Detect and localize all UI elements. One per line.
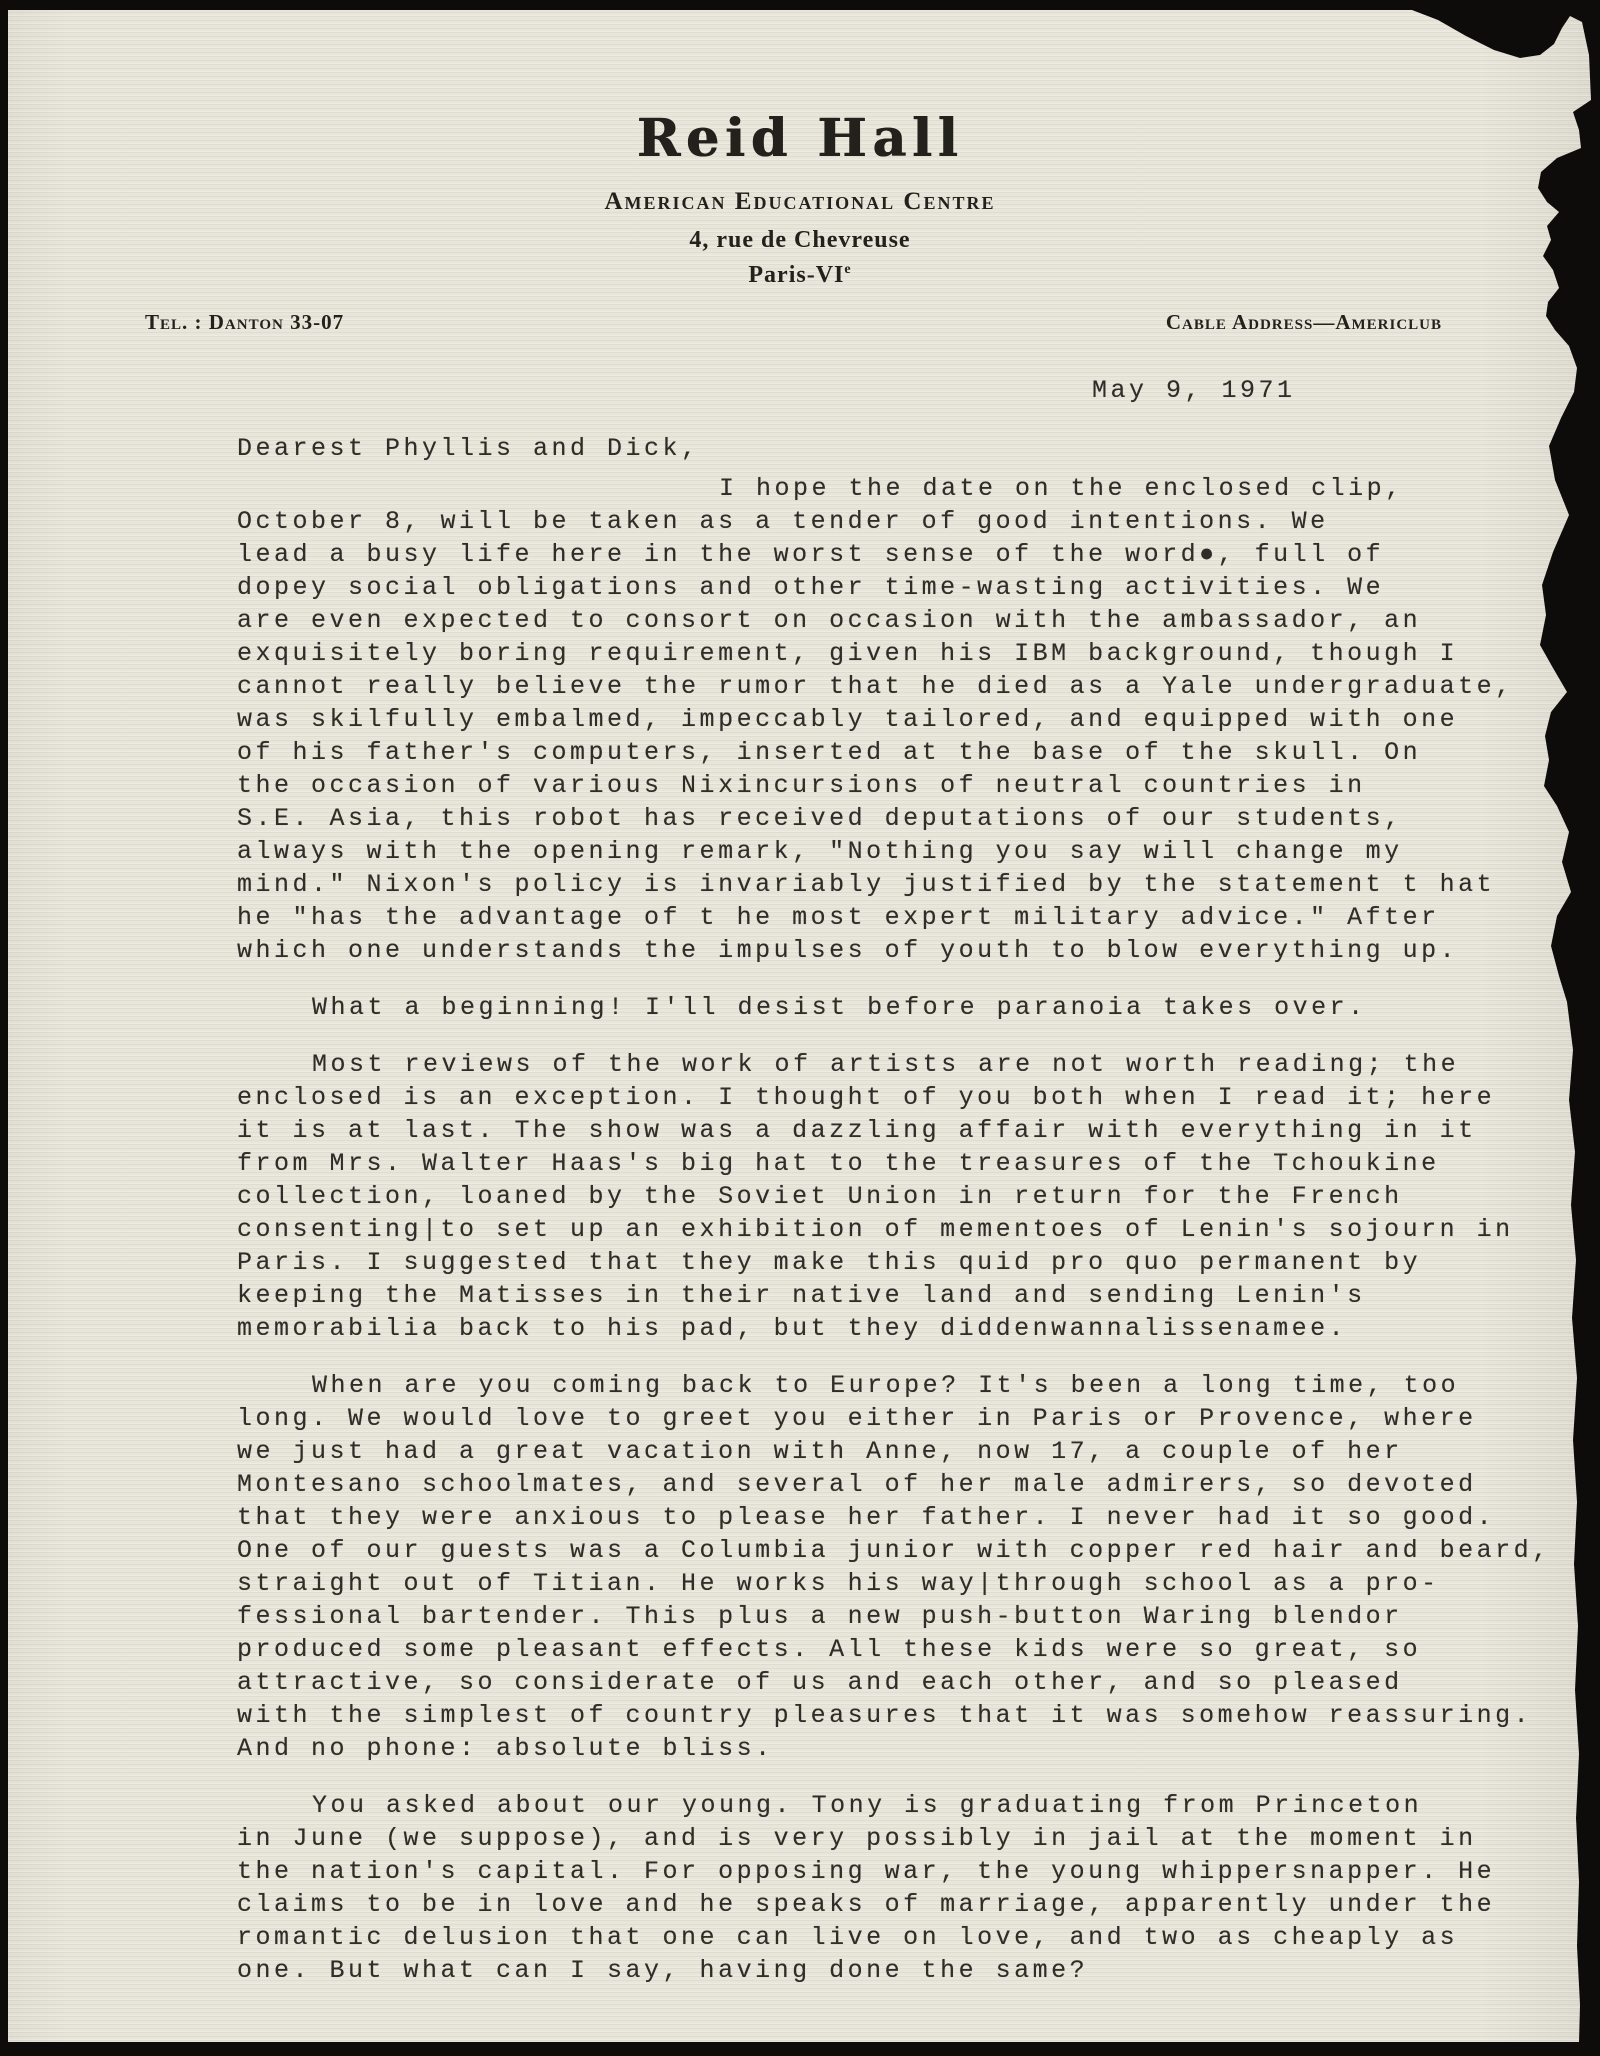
letter-line: What a beginning! I'll desist before par… xyxy=(237,991,1577,1024)
letter-line: S.E. Asia, this robot has received deput… xyxy=(237,802,1577,835)
letter-line: produced some pleasant effects. All thes… xyxy=(237,1633,1577,1666)
letter-paragraph: I hope the date on the enclosed clip,Oct… xyxy=(237,472,1577,967)
letter-paragraph: Most reviews of the work of artists are … xyxy=(237,1048,1577,1345)
letter-line: dopey social obligations and other time-… xyxy=(237,571,1577,604)
letter-line: And no phone: absolute bliss. xyxy=(237,1732,1577,1765)
letter-line: consenting|to set up an exhibition of me… xyxy=(237,1213,1577,1246)
letter-line: exquisitely boring requirement, given hi… xyxy=(237,637,1577,670)
letter-line: mind." Nixon's policy is invariably just… xyxy=(237,868,1577,901)
letter-paragraph: You asked about our young. Tony is gradu… xyxy=(237,1789,1577,1987)
letter-line: When are you coming back to Europe? It's… xyxy=(237,1369,1577,1402)
letter-line: fessional bartender. This plus a new pus… xyxy=(237,1600,1577,1633)
letter-line: romantic delusion that one can live on l… xyxy=(237,1921,1577,1954)
letter-line: from Mrs. Walter Haas's big hat to the t… xyxy=(237,1147,1577,1180)
letter-date: May 9, 1971 xyxy=(1092,376,1296,405)
letter-paragraph: What a beginning! I'll desist before par… xyxy=(237,991,1577,1024)
letterhead-city-superscript: e xyxy=(844,262,851,277)
letter-line: one. But what can I say, having done the… xyxy=(237,1954,1577,1987)
letter-line: I hope the date on the enclosed clip, xyxy=(237,472,1577,505)
letter-line: straight out of Titian. He works his way… xyxy=(237,1567,1577,1600)
letter-line: the nation's capital. For opposing war, … xyxy=(237,1855,1577,1888)
letterhead-telephone: Tel. : Danton 33-07 xyxy=(145,310,344,335)
letter-line: claims to be in love and he speaks of ma… xyxy=(237,1888,1577,1921)
letter-paragraph: When are you coming back to Europe? It's… xyxy=(237,1369,1577,1765)
letter-paper: Reid Hall American Educational Centre 4,… xyxy=(0,0,1600,2056)
letter-line: with the simplest of country pleasures t… xyxy=(237,1699,1577,1732)
letter-line: cannot really believe the rumor that he … xyxy=(237,670,1577,703)
letter-line: Montesano schoolmates, and several of he… xyxy=(237,1468,1577,1501)
letterhead-title: Reid Hall xyxy=(0,108,1600,169)
letter-line: was skilfully embalmed, impeccably tailo… xyxy=(237,703,1577,736)
letter-line: it is at last. The show was a dazzling a… xyxy=(237,1114,1577,1147)
letter-line: long. We would love to greet you either … xyxy=(237,1402,1577,1435)
letterhead-contact-row: Tel. : Danton 33-07 Cable Address—Americ… xyxy=(145,310,1442,335)
letter-line: he "has the advantage of t he most exper… xyxy=(237,901,1577,934)
letter-line: collection, loaned by the Soviet Union i… xyxy=(237,1180,1577,1213)
letterhead-city-text: Paris-VI xyxy=(748,262,844,288)
letter-line: attractive, so considerate of us and eac… xyxy=(237,1666,1577,1699)
letterhead-street-address: 4, rue de Chevreuse xyxy=(0,227,1600,254)
letter-line: always with the opening remark, "Nothing… xyxy=(237,835,1577,868)
letterhead-cable-address: Cable Address—Americlub xyxy=(1166,310,1442,335)
letter-line: in June (we suppose), and is very possib… xyxy=(237,1822,1577,1855)
letter-line: are even expected to consort on occasion… xyxy=(237,604,1577,637)
letter-line: which one understands the impulses of yo… xyxy=(237,934,1577,967)
letter-line: that they were anxious to please her fat… xyxy=(237,1501,1577,1534)
scan-background: { "letterhead": { "title": "Reid Hall", … xyxy=(0,0,1600,2056)
letterhead-organization: American Educational Centre xyxy=(0,188,1600,216)
letter-line: enclosed is an exception. I thought of y… xyxy=(237,1081,1577,1114)
letter-line: You asked about our young. Tony is gradu… xyxy=(237,1789,1577,1822)
letter-line: we just had a great vacation with Anne, … xyxy=(237,1435,1577,1468)
letter-line: One of our guests was a Columbia junior … xyxy=(237,1534,1577,1567)
letter-line: of his father's computers, inserted at t… xyxy=(237,736,1577,769)
letter-line: Most reviews of the work of artists are … xyxy=(237,1048,1577,1081)
letter-line: lead a busy life here in the worst sense… xyxy=(237,538,1577,571)
letter-line: memorabilia back to his pad, but they di… xyxy=(237,1312,1577,1345)
letterhead-city: Paris-VIe xyxy=(0,262,1600,289)
letter-line: Paris. I suggested that they make this q… xyxy=(237,1246,1577,1279)
letter-line: the occasion of various Nixincursions of… xyxy=(237,769,1577,802)
letter-line: October 8, will be taken as a tender of … xyxy=(237,505,1577,538)
letter-body: I hope the date on the enclosed clip,Oct… xyxy=(237,472,1577,1987)
letter-salutation: Dearest Phyllis and Dick, xyxy=(237,434,700,463)
letter-line: keeping the Matisses in their native lan… xyxy=(237,1279,1577,1312)
